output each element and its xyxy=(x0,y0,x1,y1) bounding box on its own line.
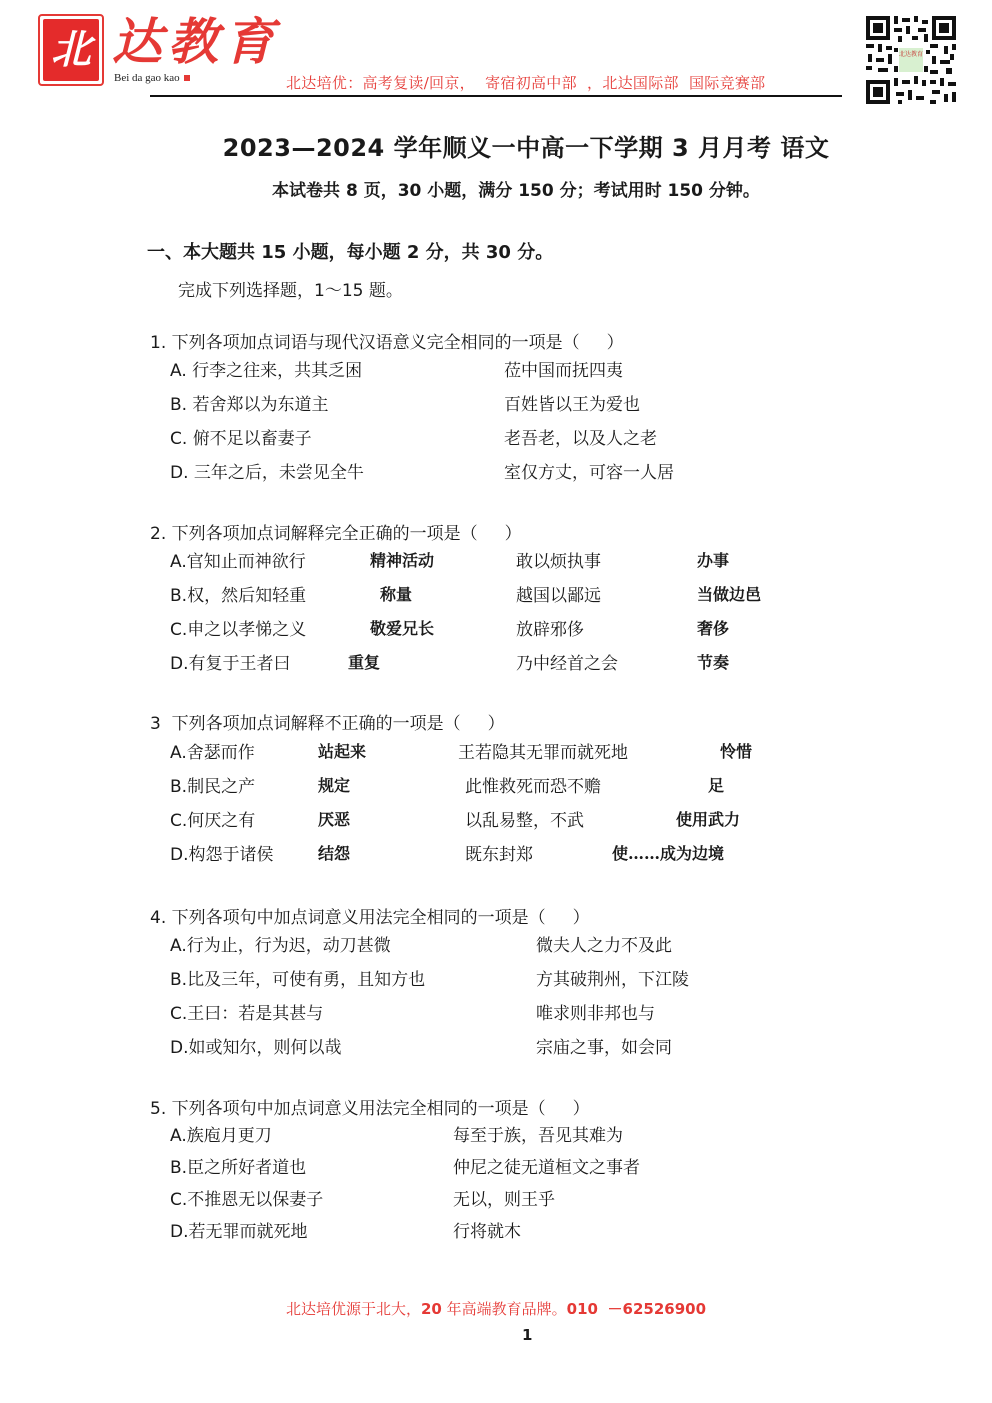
option-left-text: 申之以孝悌之义 xyxy=(187,620,306,640)
option-label: A. xyxy=(170,552,187,572)
qr-center-logo: 北达教育 xyxy=(899,48,923,72)
option-label: B. xyxy=(170,586,187,606)
question-3-option-d-left-gloss: 结怨 xyxy=(318,841,350,864)
question-5-option-c: C.不推恩无以保妻子 xyxy=(170,1185,323,1210)
question-5-option-a-right: 每至于族，吾见其难为 xyxy=(453,1121,623,1146)
question-3-option-a-right-gloss: 怜惜 xyxy=(720,739,752,762)
option-left-text: 如或知尔，则何以哉 xyxy=(189,1038,342,1058)
question-2-option-a-right: 敢以烦执事 xyxy=(516,547,601,572)
exam-subtitle: 本试卷共 8 页，30 小题，满分 150 分；考试用时 150 分钟。 xyxy=(0,176,992,201)
qr-code-icon: 北达教育 xyxy=(864,14,958,106)
question-4-option-c-right: 唯求则非邦也与 xyxy=(536,999,655,1024)
question-5-option-a: A.族庖月更刀 xyxy=(170,1121,272,1146)
option-left-text: 官知止而神欲行 xyxy=(187,552,306,572)
question-2-option-b: B.权，然后知轻重 xyxy=(170,581,306,606)
option-left-text: 若舍郑以为东道主 xyxy=(192,395,328,415)
option-label: B. xyxy=(170,777,187,797)
question-4-option-a: A.行为止，行为迟，动刀甚微 xyxy=(170,931,391,956)
question-5-option-d-right: 行将就木 xyxy=(453,1217,521,1242)
option-label: D. xyxy=(170,654,189,674)
question-4-option-b-right: 方其破荆州，下江陵 xyxy=(536,965,689,990)
question-2-option-b-left-gloss: 称量 xyxy=(380,582,412,605)
section-instruction: 完成下列选择题，1～15 题。 xyxy=(178,276,403,301)
brand-pinyin-text: Bei da gao kao xyxy=(114,72,180,84)
question-3-option-b: B.制民之产 xyxy=(170,772,255,797)
question-3-option-d-right-gloss: 使……成为边境 xyxy=(612,841,724,864)
option-left-text: 何厌之有 xyxy=(187,811,255,831)
option-label: B. xyxy=(170,970,187,990)
option-left-text: 制民之产 xyxy=(187,777,255,797)
header-slogan: 北达培优：高考复读/回京， 寄宿初高中部 ，北达国际部 国际竞赛部 xyxy=(286,72,765,93)
footer-phone-area: 010 xyxy=(567,1300,598,1318)
footer-years: 20 xyxy=(421,1300,442,1318)
question-1-option-c-right: 老吾老，以及人之老 xyxy=(504,424,657,449)
option-label: A. xyxy=(170,743,187,763)
option-left-text: 比及三年，可使有勇，且知方也 xyxy=(187,970,425,990)
option-label: C. xyxy=(170,1004,187,1024)
option-label: A. xyxy=(170,361,187,381)
question-1-option-a: A. 行李之往来，共其乏困 xyxy=(170,356,362,381)
footer-slogan: 北达培优源于北大，20 年高端教育品牌。010 －62526900 xyxy=(0,1298,992,1319)
question-3-option-c-left-gloss: 厌恶 xyxy=(318,807,350,830)
question-1-option-c: C. 俯不足以畜妻子 xyxy=(170,424,312,449)
logo-char: 北 xyxy=(43,19,99,81)
question-1-option-b: B. 若舍郑以为东道主 xyxy=(170,390,328,415)
footer-phone-number: －62526900 xyxy=(608,1300,707,1318)
question-5-option-b-right: 仲尼之徒无道桓文之事者 xyxy=(453,1153,640,1178)
option-left-text: 三年之后，未尝见全牛 xyxy=(194,463,364,483)
page-number: 1 xyxy=(522,1326,532,1344)
question-3-option-b-right: 此惟救死而恐不赡 xyxy=(465,772,601,797)
option-left-text: 构怨于诸侯 xyxy=(189,845,274,865)
question-4-option-c: C.王曰：若是其甚与 xyxy=(170,999,323,1024)
question-4-stem: 4. 下列各项句中加点词意义用法完全相同的一项是（ ） xyxy=(150,903,590,928)
option-left-text: 族庖月更刀 xyxy=(187,1126,272,1146)
section-heading: 一、本大题共 15 小题，每小题 2 分，共 30 分。 xyxy=(147,238,553,264)
question-1-option-b-right: 百姓皆以王为爱也 xyxy=(504,390,640,415)
question-3-option-c: C.何厌之有 xyxy=(170,806,255,831)
question-2-option-c-right: 放辟邪侈 xyxy=(516,615,584,640)
header-divider xyxy=(150,95,842,97)
option-left-text: 有复于王者曰 xyxy=(189,654,291,674)
footer-slogan-part2: 年高端教育品牌。 xyxy=(442,1300,567,1318)
question-1-option-a-right: 莅中国而抚四夷 xyxy=(504,356,623,381)
question-3-option-d: D.构怨于诸侯 xyxy=(170,840,274,865)
option-left-text: 俯不足以畜妻子 xyxy=(193,429,312,449)
option-left-text: 行李之往来，共其乏困 xyxy=(192,361,362,381)
question-2-option-d-right: 乃中经首之会 xyxy=(516,649,618,674)
question-2-option-c: C.申之以孝悌之义 xyxy=(170,615,306,640)
option-label: D. xyxy=(170,1222,189,1242)
question-3-option-c-right-gloss: 使用武力 xyxy=(676,807,740,830)
question-3-option-a-left-gloss: 站起来 xyxy=(318,739,366,762)
option-label: D. xyxy=(170,1038,189,1058)
option-left-text: 王曰：若是其甚与 xyxy=(187,1004,323,1024)
question-2-option-a-right-gloss: 办事 xyxy=(697,548,729,571)
option-label: C. xyxy=(170,1190,187,1210)
question-2-option-a: A.官知止而神欲行 xyxy=(170,547,306,572)
question-5-option-c-right: 无以，则王乎 xyxy=(453,1185,555,1210)
option-label: D. xyxy=(170,845,189,865)
option-label: B. xyxy=(170,395,187,415)
question-5-option-d: D.若无罪而就死地 xyxy=(170,1217,308,1242)
question-3-option-c-right: 以乱易整，不武 xyxy=(465,806,584,831)
option-label: A. xyxy=(170,936,187,956)
question-3-stem: 3 下列各项加点词解释不正确的一项是（ ） xyxy=(150,709,505,734)
option-left-text: 臣之所好者道也 xyxy=(187,1158,306,1178)
question-2-option-d-right-gloss: 节奏 xyxy=(697,650,729,673)
footer-slogan-part1: 北达培优源于北大， xyxy=(286,1300,421,1318)
option-left-text: 若无罪而就死地 xyxy=(189,1222,308,1242)
question-3-option-b-left-gloss: 规定 xyxy=(318,773,350,796)
brand-logo: 北 xyxy=(38,14,104,86)
option-label: C. xyxy=(170,429,187,449)
question-1-option-d-right: 室仅方丈，可容一人居 xyxy=(504,458,674,483)
option-label: D. xyxy=(170,463,189,483)
question-2-option-d: D.有复于王者曰 xyxy=(170,649,291,674)
option-left-text: 行为止，行为迟，动刀甚微 xyxy=(187,936,391,956)
question-3-option-d-right: 既东封郑 xyxy=(465,840,533,865)
question-1-option-d: D. 三年之后，未尝见全牛 xyxy=(170,458,364,483)
question-4-option-d: D.如或知尔，则何以哉 xyxy=(170,1033,342,1058)
red-square-icon xyxy=(184,75,190,81)
question-4-option-b: B.比及三年，可使有勇，且知方也 xyxy=(170,965,425,990)
question-3-option-b-right-gloss: 足 xyxy=(708,773,724,796)
brand-name: 达教育 xyxy=(112,10,280,74)
option-label: C. xyxy=(170,620,187,640)
option-label: B. xyxy=(170,1158,187,1178)
question-2-option-b-right-gloss: 当做边邑 xyxy=(697,582,761,605)
question-3-option-a-right: 王若隐其无罪而就死地 xyxy=(458,738,628,763)
question-2-option-b-right: 越国以鄙远 xyxy=(516,581,601,606)
option-left-text: 不推恩无以保妻子 xyxy=(187,1190,323,1210)
option-left-text: 权，然后知轻重 xyxy=(187,586,306,606)
question-2-stem: 2. 下列各项加点词解释完全正确的一项是（ ） xyxy=(150,519,522,544)
option-left-text: 舍瑟而作 xyxy=(187,743,255,763)
question-1-stem: 1. 下列各项加点词语与现代汉语意义完全相同的一项是（ ） xyxy=(150,328,624,353)
question-4-option-a-right: 微夫人之力不及此 xyxy=(536,931,672,956)
option-label: C. xyxy=(170,811,187,831)
exam-title: 2023—2024 学年顺义一中高一下学期 3 月月考 语文 xyxy=(0,128,992,163)
question-5-option-b: B.臣之所好者道也 xyxy=(170,1153,306,1178)
question-2-option-c-left-gloss: 敬爱兄长 xyxy=(370,616,434,639)
question-4-option-d-right: 宗庙之事，如会同 xyxy=(536,1033,672,1058)
option-label: A. xyxy=(170,1126,187,1146)
question-2-option-a-left-gloss: 精神活动 xyxy=(370,548,434,571)
question-2-option-d-left-gloss: 重复 xyxy=(348,650,380,673)
brand-pinyin: Bei da gao kao xyxy=(114,72,190,84)
question-2-option-c-right-gloss: 奢侈 xyxy=(697,616,729,639)
question-3-option-a: A.舍瑟而作 xyxy=(170,738,255,763)
question-5-stem: 5. 下列各项句中加点词意义用法完全相同的一项是（ ） xyxy=(150,1094,590,1119)
